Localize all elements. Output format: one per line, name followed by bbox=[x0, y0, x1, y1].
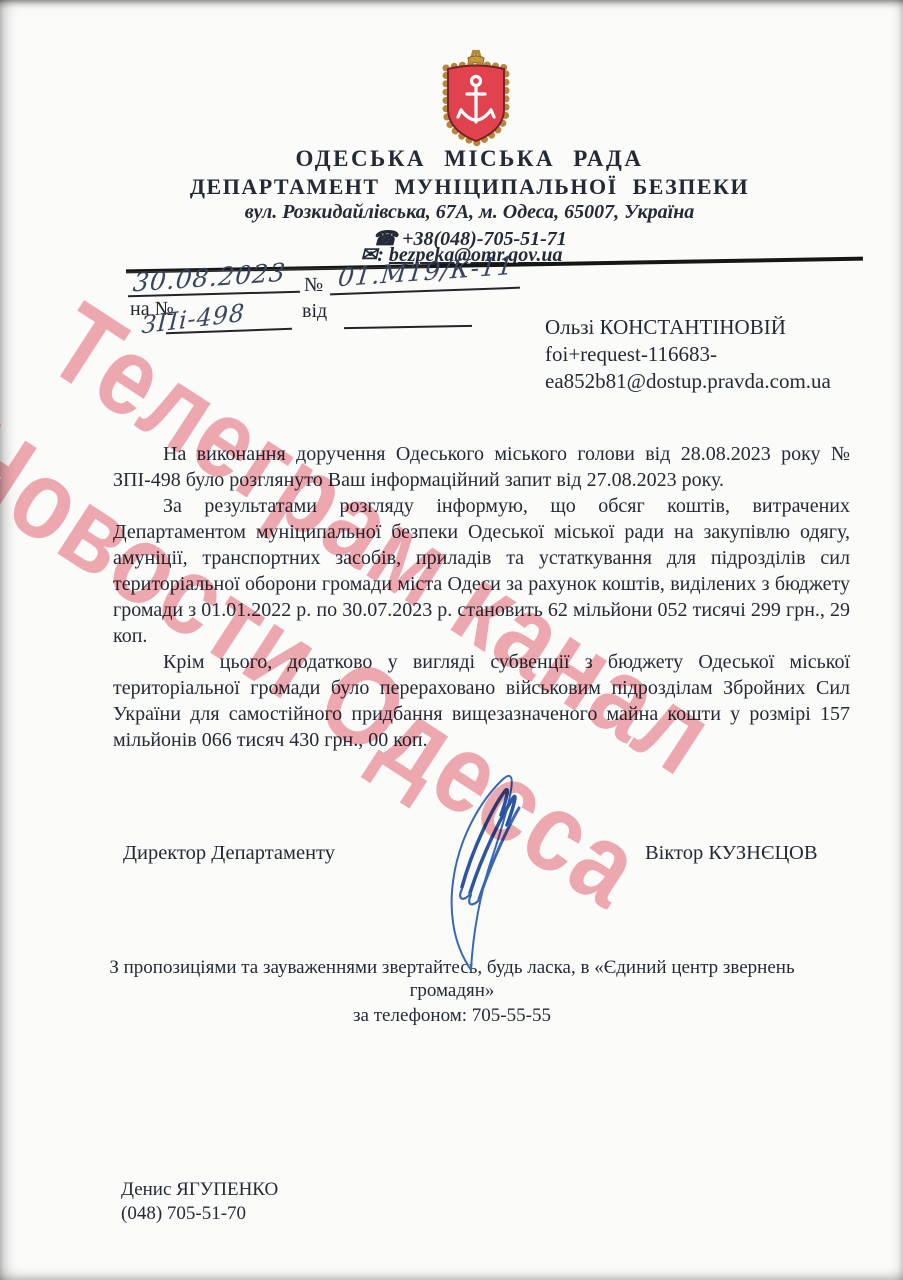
executor-block: Денис ЯГУПЕНКО (048) 705-51-70 bbox=[121, 1178, 278, 1226]
scanned-letter-page: ОДЕСЬКА МІСЬКА РАДА ДЕПАРТАМЕНТ МУНІЦИПА… bbox=[0, 0, 903, 1280]
body-paragraph-3: Крім цього, додатково у вигляді субвенці… bbox=[113, 649, 850, 753]
footer-phone-line: за телефоном: 705-55-55 bbox=[92, 1005, 812, 1027]
body-paragraph-2: За результатами розгляду інформую, що об… bbox=[113, 493, 850, 649]
recipient-email-line1: foi+request-116683- bbox=[545, 341, 865, 368]
executor-phone: (048) 705-51-70 bbox=[121, 1202, 278, 1226]
body-paragraph-1: На виконання доручення Одеського міськог… bbox=[113, 441, 850, 493]
postal-address: вул. Розкидайлівська, 67А, м. Одеса, 650… bbox=[18, 201, 903, 224]
executor-name: Денис ЯГУПЕНКО bbox=[121, 1178, 278, 1202]
organization-name: ОДЕСЬКА МІСЬКА РАДА bbox=[18, 146, 903, 172]
odesa-coat-of-arms-icon bbox=[424, 48, 528, 148]
recipient-name: Ользі КОНСТАНТІНОВІЙ bbox=[545, 314, 865, 341]
from-date-label: від bbox=[302, 300, 327, 323]
handwritten-signature bbox=[405, 765, 565, 980]
signatory-name: Віктор КУЗНЄЦОВ bbox=[645, 842, 818, 865]
number-sign-label: № bbox=[304, 274, 323, 297]
letter-body: На виконання доручення Одеського міськог… bbox=[113, 441, 850, 753]
recipient-email-line2: ea852b81@dostup.pravda.com.ua bbox=[545, 368, 865, 395]
recipient-block: Ользі КОНСТАНТІНОВІЙ foi+request-116683-… bbox=[545, 314, 865, 395]
signatory-title: Директор Департаменту bbox=[123, 842, 335, 865]
department-name: ДЕПАРТАМЕНТ МУНІЦИПАЛЬНОЇ БЕЗПЕКИ bbox=[18, 174, 903, 200]
footer-note-line2: громадян» bbox=[92, 979, 812, 1002]
from-date-underline bbox=[344, 325, 472, 329]
